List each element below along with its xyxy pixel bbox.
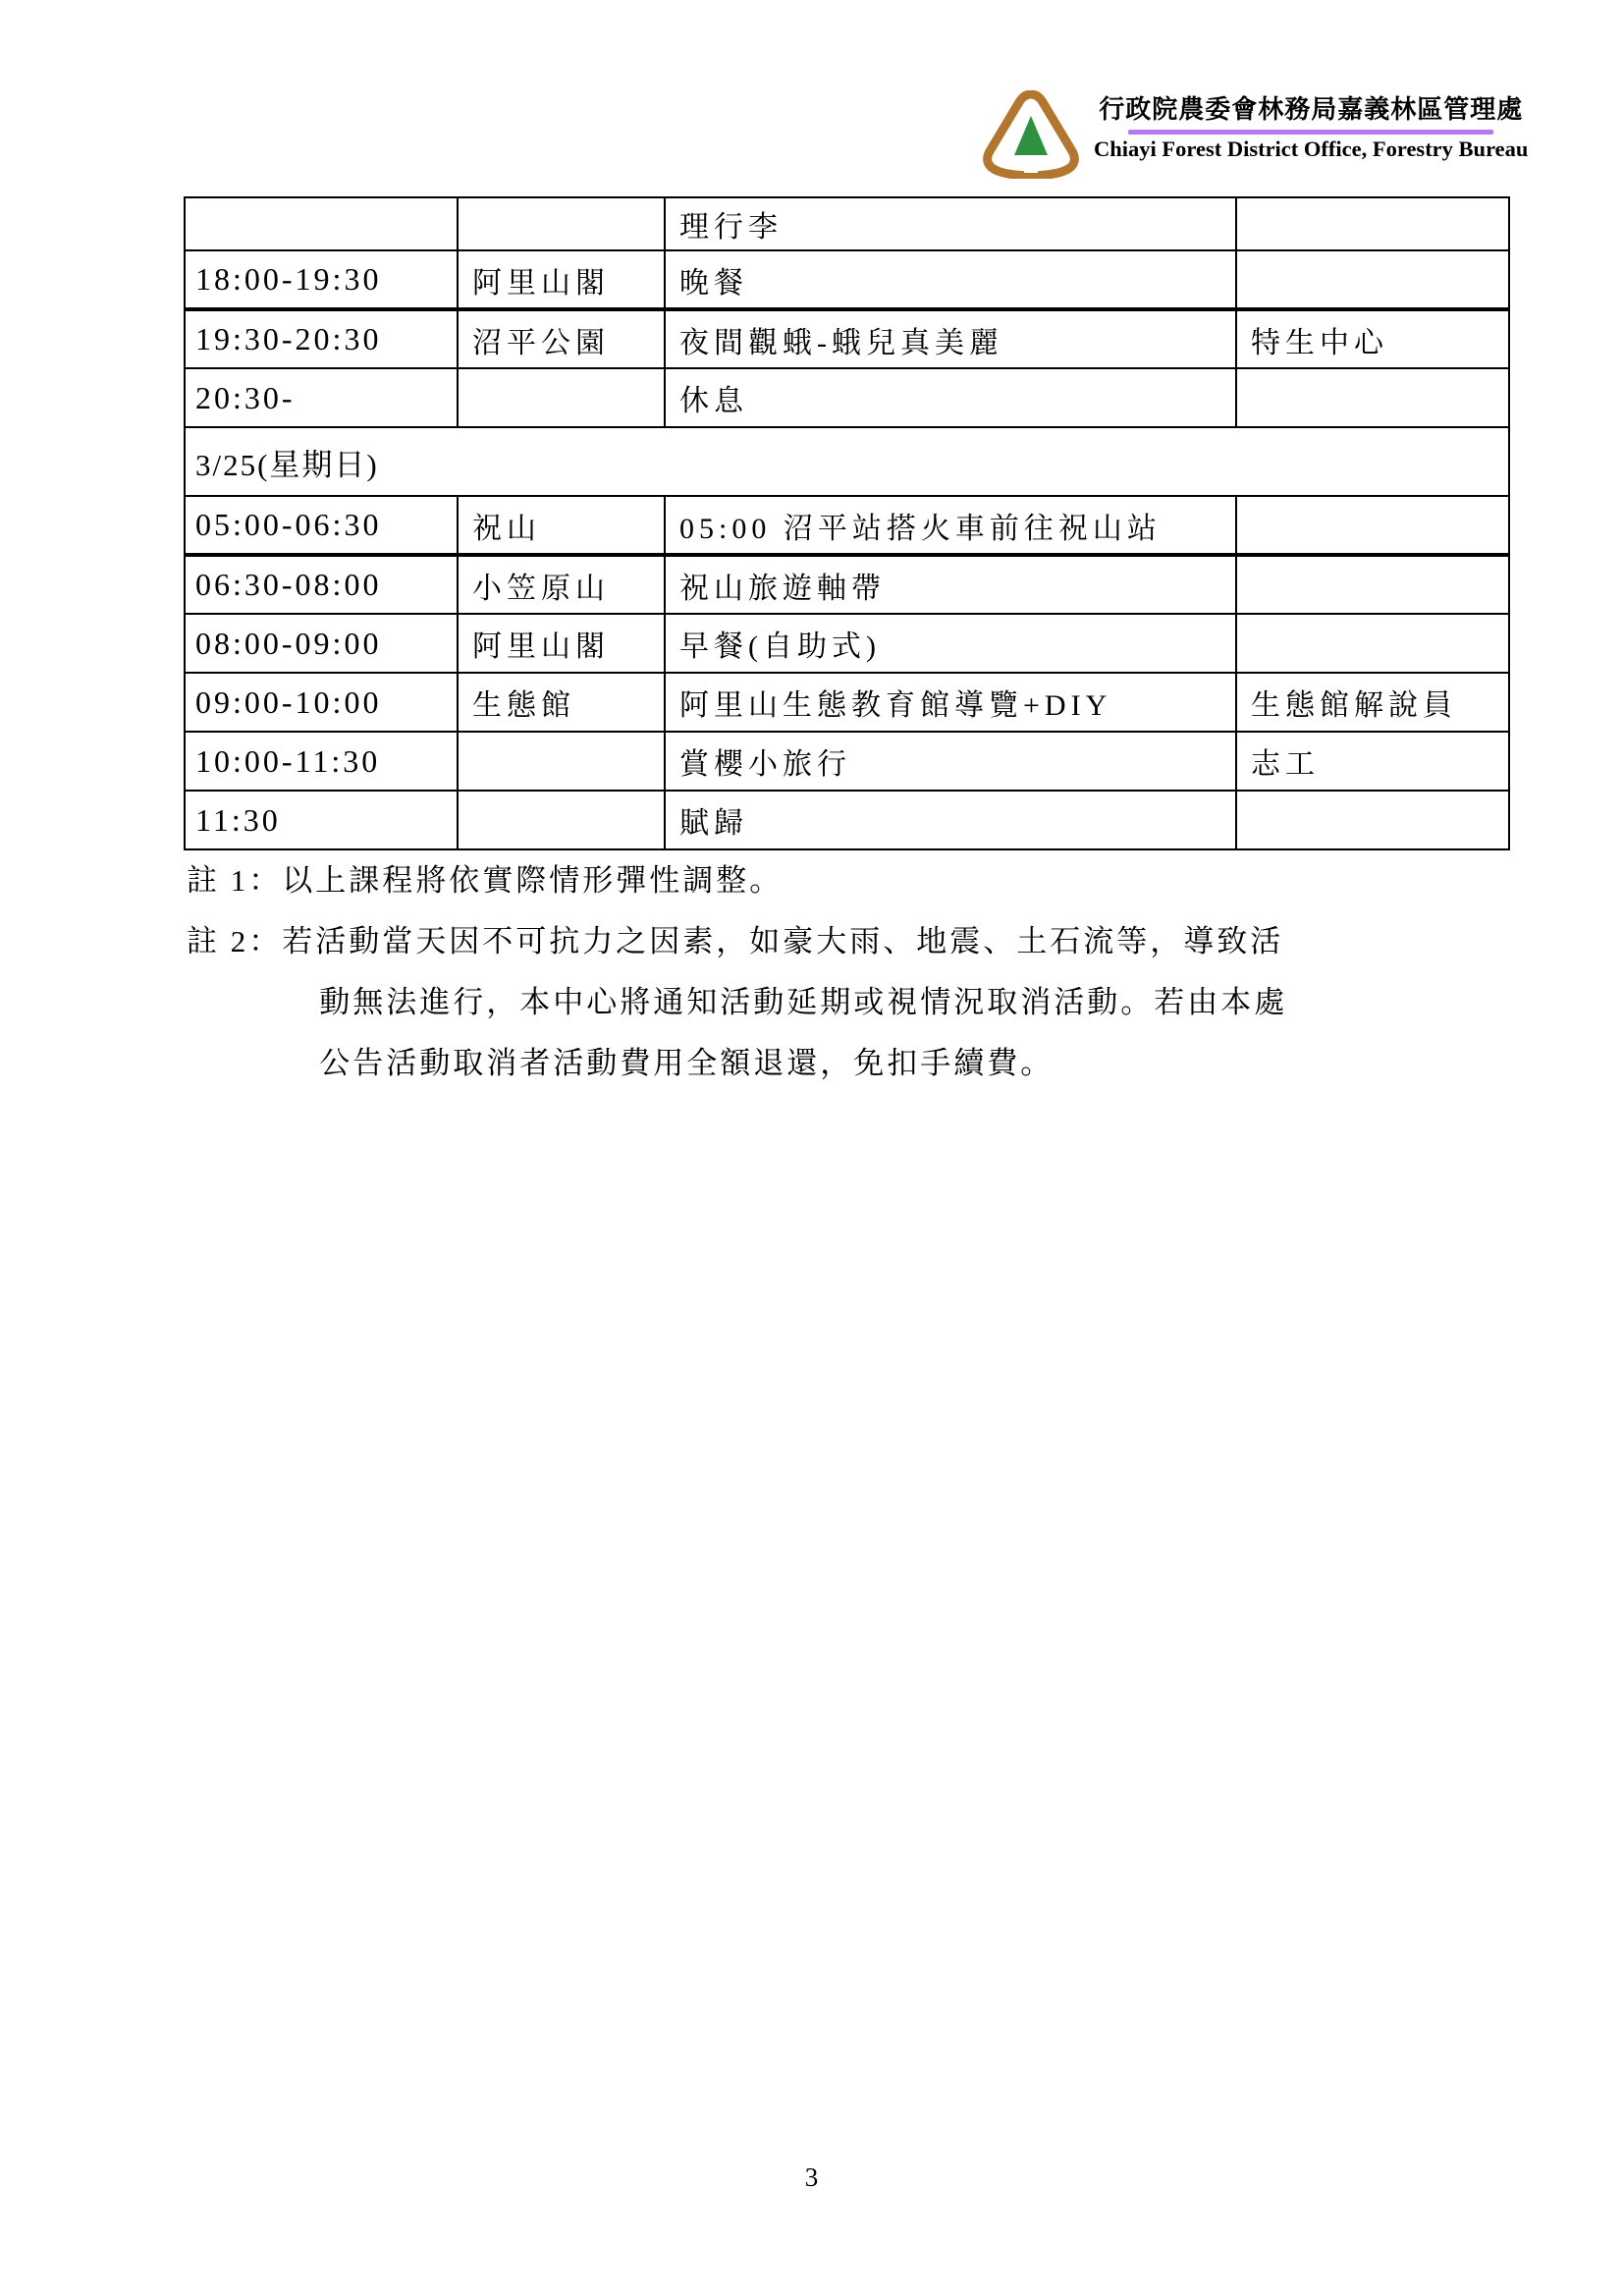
staff-cell xyxy=(1236,791,1509,849)
note-1-label: 註 1： xyxy=(187,850,282,911)
date-cell: 3/25(星期日) xyxy=(185,427,1509,496)
staff-cell xyxy=(1236,614,1509,673)
activity-cell: 祝山旅遊軸帶 xyxy=(665,555,1236,614)
time-cell: 19:30-20:30 xyxy=(185,309,458,368)
org-title-en: Chiayi Forest District Office, Forestry … xyxy=(1094,137,1528,162)
page-header: 行政院農委會林務局嘉義林區管理處 Chiayi Forest District … xyxy=(982,90,1528,179)
time-cell xyxy=(185,197,458,250)
staff-cell xyxy=(1236,250,1509,309)
header-underline xyxy=(1128,130,1493,135)
time-cell: 11:30 xyxy=(185,791,458,849)
location-cell: 沼平公園 xyxy=(458,309,665,368)
time-cell: 08:00-09:00 xyxy=(185,614,458,673)
table-row: 09:00-10:00生態館阿里山生態教育館導覽+DIY生態館解說員 xyxy=(185,673,1509,732)
table-row: 10:00-11:30賞櫻小旅行志工 xyxy=(185,732,1509,791)
page-number: 3 xyxy=(0,2162,1623,2193)
activity-cell: 晚餐 xyxy=(665,250,1236,309)
location-cell: 生態館 xyxy=(458,673,665,732)
activity-cell: 休息 xyxy=(665,368,1236,427)
time-cell: 06:30-08:00 xyxy=(185,555,458,614)
time-cell: 20:30- xyxy=(185,368,458,427)
schedule-table-body: 理行李18:00-19:30阿里山閣晚餐19:30-20:30沼平公園夜間觀蛾-… xyxy=(185,197,1509,849)
date-row: 3/25(星期日) xyxy=(185,427,1509,496)
schedule-table: 理行李18:00-19:30阿里山閣晚餐19:30-20:30沼平公園夜間觀蛾-… xyxy=(184,196,1510,850)
header-titles: 行政院農委會林務局嘉義林區管理處 Chiayi Forest District … xyxy=(1094,90,1528,161)
staff-cell xyxy=(1236,555,1509,614)
staff-cell: 特生中心 xyxy=(1236,309,1509,368)
note-2-line-1: 若活動當天因不可抗力之因素，如豪大雨、地震、土石流等，導致活 xyxy=(282,911,1287,972)
table-row: 08:00-09:00阿里山閣早餐(自助式) xyxy=(185,614,1509,673)
table-row: 06:30-08:00小笠原山祝山旅遊軸帶 xyxy=(185,555,1509,614)
activity-cell: 賦歸 xyxy=(665,791,1236,849)
time-cell: 18:00-19:30 xyxy=(185,250,458,309)
note-2-text: 若活動當天因不可抗力之因素，如豪大雨、地震、土石流等，導致活 動無法進行，本中心… xyxy=(282,911,1287,1094)
note-1: 註 1： 以上課程將依實際情形彈性調整。 xyxy=(187,850,1522,911)
org-title-zh: 行政院農委會林務局嘉義林區管理處 xyxy=(1099,96,1523,125)
staff-cell xyxy=(1236,368,1509,427)
location-cell: 阿里山閣 xyxy=(458,614,665,673)
location-cell xyxy=(458,197,665,250)
staff-cell: 志工 xyxy=(1236,732,1509,791)
time-cell: 10:00-11:30 xyxy=(185,732,458,791)
activity-cell: 阿里山生態教育館導覽+DIY xyxy=(665,673,1236,732)
note-2-line-3: 公告活動取消者活動費用全額退還，免扣手續費。 xyxy=(282,1033,1287,1094)
table-row: 20:30-休息 xyxy=(185,368,1509,427)
document-page: 行政院農委會林務局嘉義林區管理處 Chiayi Forest District … xyxy=(0,0,1623,2296)
staff-cell xyxy=(1236,496,1509,555)
table-row: 05:00-06:30祝山05:00 沼平站搭火車前往祝山站 xyxy=(185,496,1509,555)
staff-cell: 生態館解說員 xyxy=(1236,673,1509,732)
notes-section: 註 1： 以上課程將依實際情形彈性調整。 註 2： 若活動當天因不可抗力之因素，… xyxy=(187,850,1522,1094)
location-cell xyxy=(458,368,665,427)
location-cell: 阿里山閣 xyxy=(458,250,665,309)
logo-trunk-gap xyxy=(1024,155,1038,173)
activity-cell: 賞櫻小旅行 xyxy=(665,732,1236,791)
activity-cell: 夜間觀蛾-蛾兒真美麗 xyxy=(665,309,1236,368)
note-2-line-2: 動無法進行，本中心將通知活動延期或視情況取消活動。若由本處 xyxy=(282,972,1287,1033)
table-row: 11:30賦歸 xyxy=(185,791,1509,849)
activity-cell: 理行李 xyxy=(665,197,1236,250)
staff-cell xyxy=(1236,197,1509,250)
table-row: 理行李 xyxy=(185,197,1509,250)
time-cell: 05:00-06:30 xyxy=(185,496,458,555)
note-2: 註 2： 若活動當天因不可抗力之因素，如豪大雨、地震、土石流等，導致活 動無法進… xyxy=(187,911,1522,1094)
note-1-text: 以上課程將依實際情形彈性調整。 xyxy=(282,850,783,911)
note-2-label: 註 2： xyxy=(187,911,282,972)
activity-cell: 早餐(自助式) xyxy=(665,614,1236,673)
location-cell xyxy=(458,791,665,849)
location-cell: 小笠原山 xyxy=(458,555,665,614)
forestry-bureau-logo-icon xyxy=(982,90,1080,179)
location-cell xyxy=(458,732,665,791)
activity-cell: 05:00 沼平站搭火車前往祝山站 xyxy=(665,496,1236,555)
location-cell: 祝山 xyxy=(458,496,665,555)
table-row: 19:30-20:30沼平公園夜間觀蛾-蛾兒真美麗特生中心 xyxy=(185,309,1509,368)
table-row: 18:00-19:30阿里山閣晚餐 xyxy=(185,250,1509,309)
time-cell: 09:00-10:00 xyxy=(185,673,458,732)
